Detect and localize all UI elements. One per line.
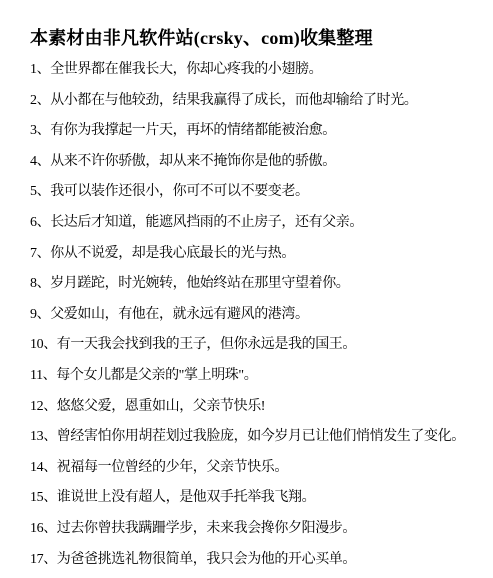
quote-line: 15、谁说世上没有超人，是他双手托举我飞翔。 xyxy=(30,483,485,514)
quote-line: 10、有一天我会找到我的王子，但你永远是我的国王。 xyxy=(30,330,485,361)
quote-line: 2、从小都在与他较劲，结果我赢得了成长，而他却输给了时光。 xyxy=(30,86,485,117)
quote-line: 3、有你为我撑起一片天，再坏的情绪都能被治愈。 xyxy=(30,116,485,147)
quote-line: 9、父爱如山，有他在，就永远有避风的港湾。 xyxy=(30,300,485,331)
quote-line: 8、岁月蹉跎，时光婉转，他始终站在那里守望着你。 xyxy=(30,269,485,300)
quote-line: 7、你从不说爱，却是我心底最长的光与热。 xyxy=(30,239,485,270)
document-page: 本素材由非凡软件站(crsky、com)收集整理 1、全世界都在催我长大，你却心… xyxy=(0,0,493,578)
quote-line: 1、全世界都在催我长大，你却心疼我的小翅膀。 xyxy=(30,55,485,86)
page-title: 本素材由非凡软件站(crsky、com)收集整理 xyxy=(30,24,373,50)
quote-line: 14、祝福每一位曾经的少年，父亲节快乐。 xyxy=(30,453,485,484)
quote-line: 16、过去你曾扶我蹒跚学步，未来我会搀你夕阳漫步。 xyxy=(30,514,485,545)
quote-line: 13、曾经害怕你用胡茬划过我脸庞，如今岁月已让他们悄悄发生了变化。 xyxy=(30,422,485,453)
quote-line: 6、长达后才知道，能遮风挡雨的不止房子，还有父亲。 xyxy=(30,208,485,239)
quote-line: 12、悠悠父爱，恩重如山，父亲节快乐! xyxy=(30,392,485,423)
quote-line: 17、为爸爸挑选礼物很简单，我只会为他的开心买单。 xyxy=(30,545,485,576)
quote-line: 11、每个女儿都是父亲的"掌上明珠"。 xyxy=(30,361,485,392)
quote-line: 4、从来不许你骄傲，却从来不掩饰你是他的骄傲。 xyxy=(30,147,485,178)
quote-list: 1、全世界都在催我长大，你却心疼我的小翅膀。 2、从小都在与他较劲，结果我赢得了… xyxy=(30,55,485,575)
quote-line: 5、我可以装作还很小，你可不可以不要变老。 xyxy=(30,177,485,208)
